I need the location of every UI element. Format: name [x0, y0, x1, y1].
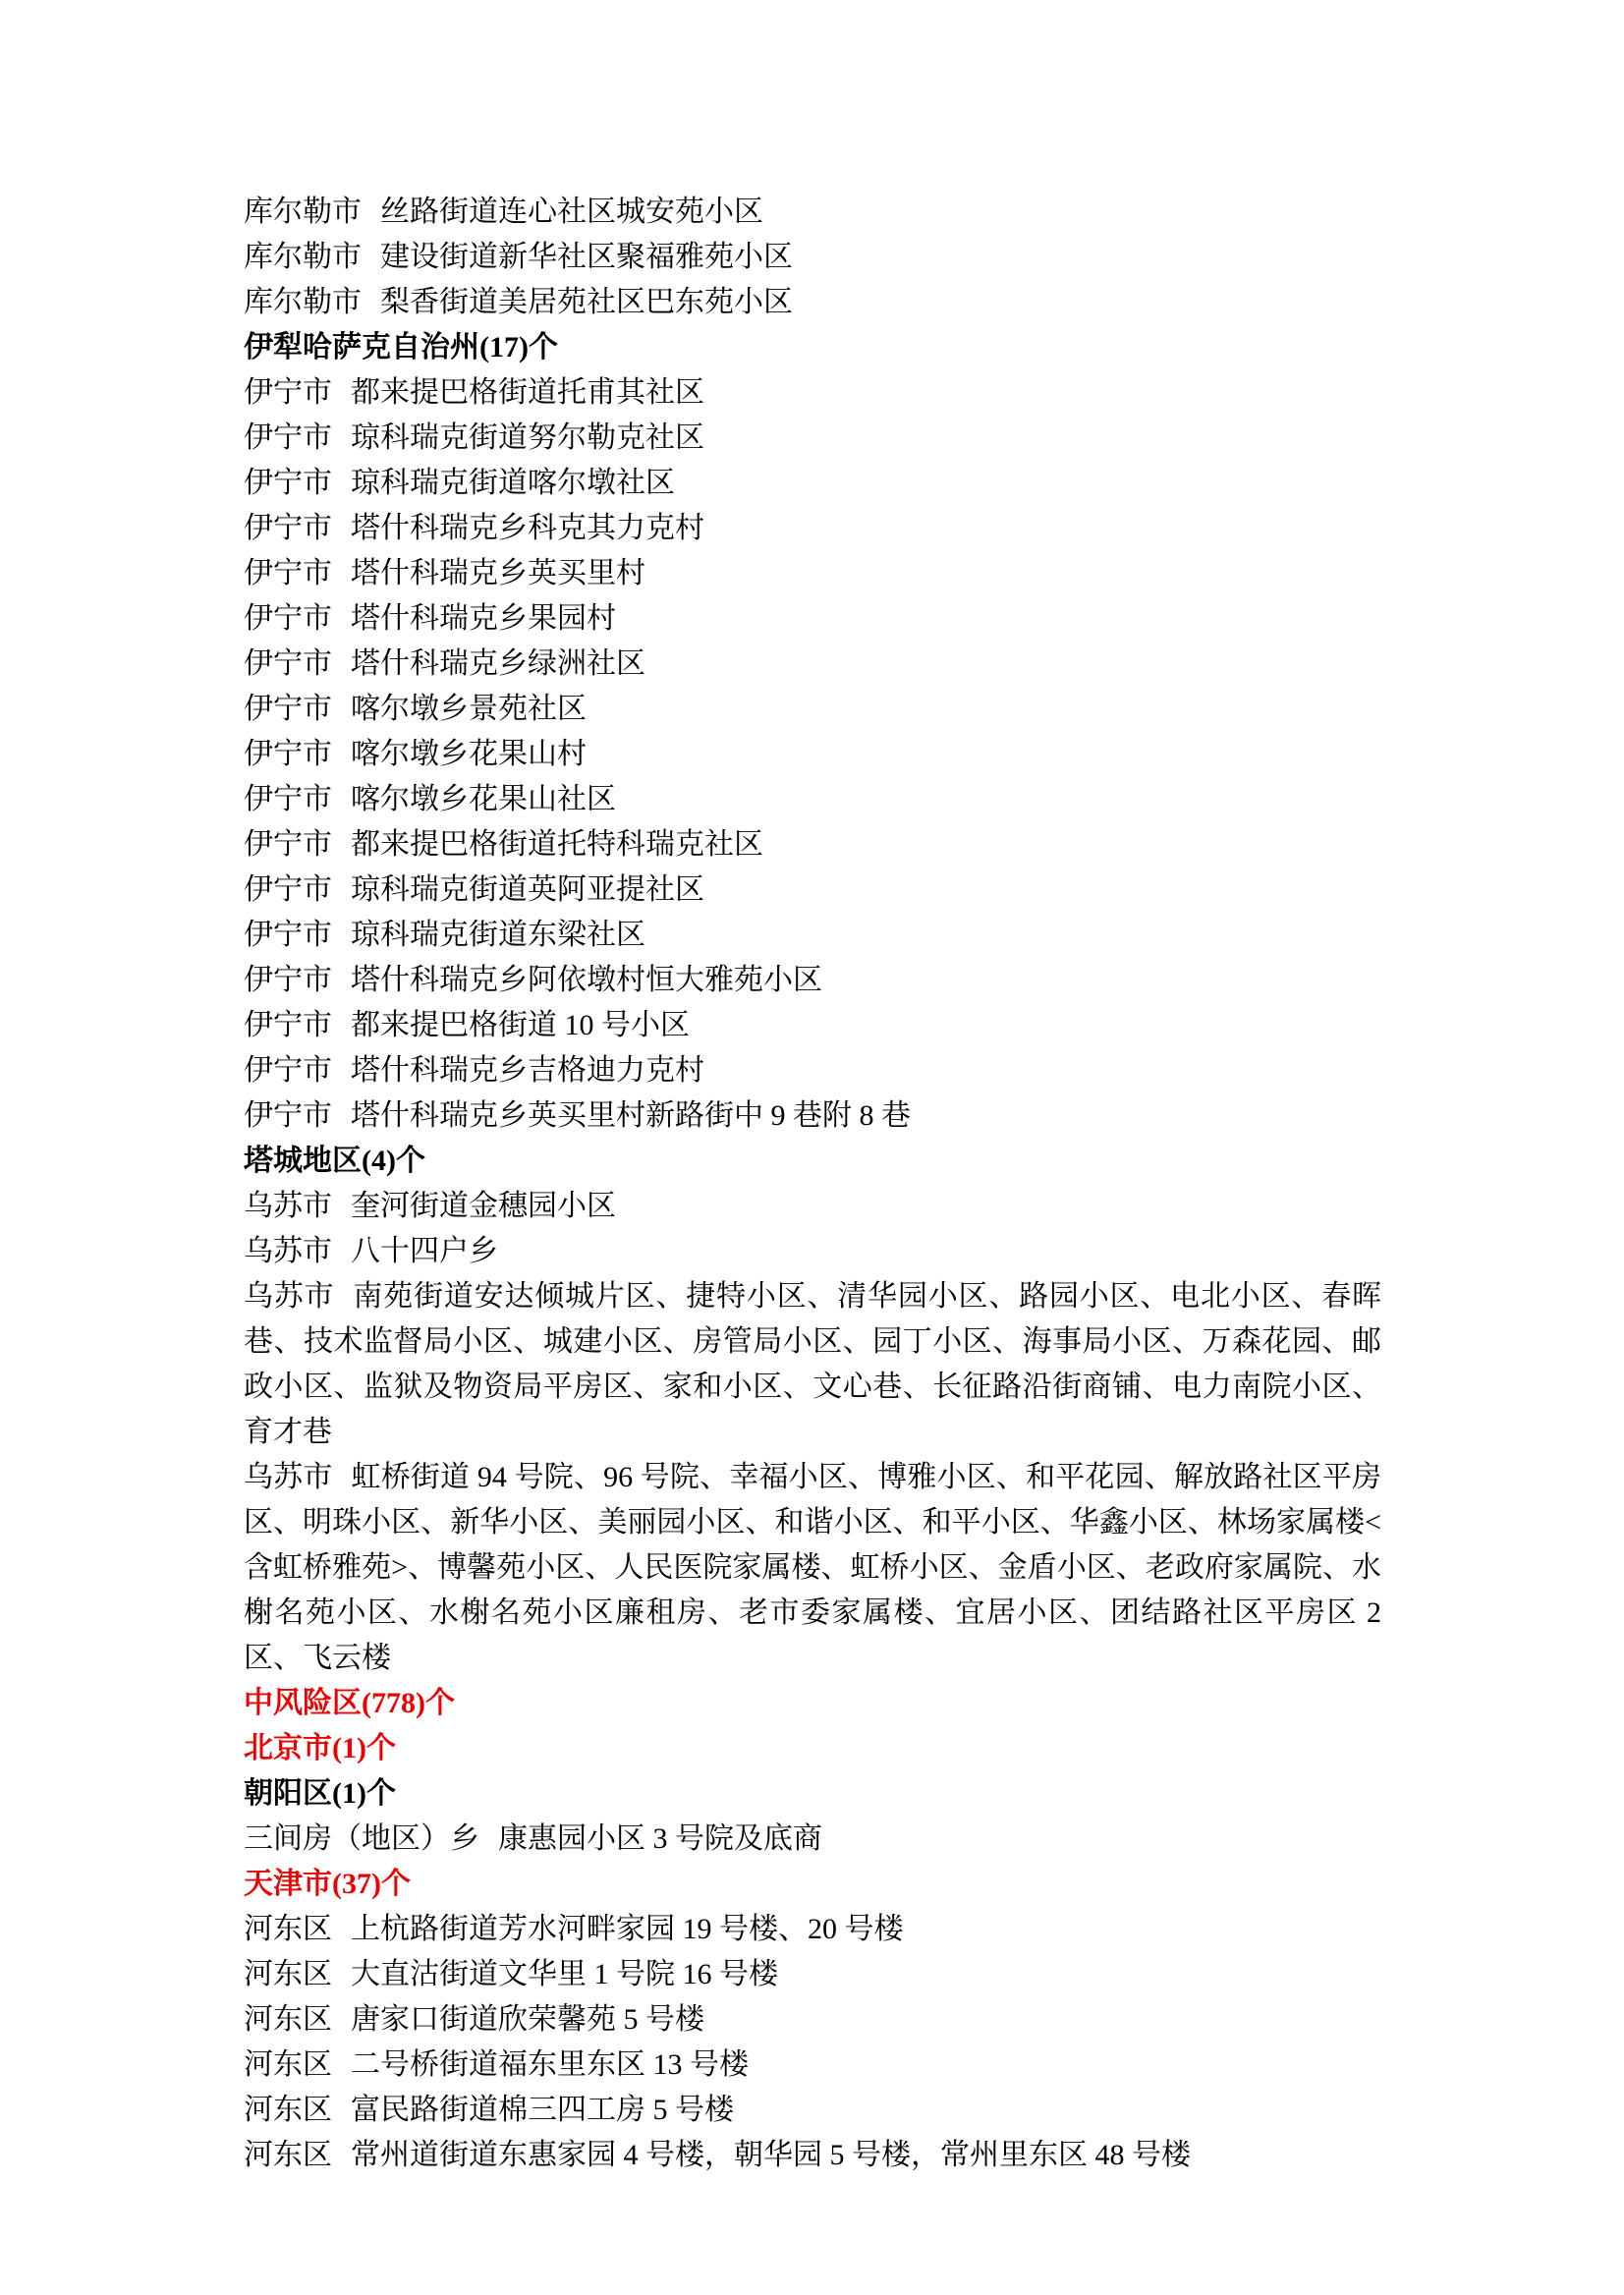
- risk-area-entry: 伊宁市都来提巴格街道托特科瑞克社区: [244, 822, 1381, 868]
- address-text: 建设街道新华社区聚福雅苑小区: [380, 241, 793, 273]
- header-text: 塔城地区(4)个: [244, 1145, 425, 1177]
- address-text: 唐家口街道欣荣馨苑 5 号楼: [351, 2003, 704, 2036]
- risk-area-entry: 伊宁市塔什科瑞克乡科克其力克村: [244, 506, 1381, 551]
- district-name: 伊宁市: [244, 873, 332, 906]
- district-name: 河东区: [244, 2003, 332, 2036]
- risk-level-header: 天津市(37)个: [244, 1862, 1381, 1907]
- risk-area-entry: 乌苏市虹桥街道 94 号院、96 号院、幸福小区、博雅小区、和平花园、解放路社区…: [244, 1455, 1381, 1681]
- region-header: 朝阳区(1)个: [244, 1771, 1381, 1817]
- address-text: 喀尔墩乡花果山社区: [351, 783, 616, 815]
- risk-area-entry: 河东区唐家口街道欣荣馨苑 5 号楼: [244, 1997, 1381, 2043]
- district-name: 伊宁市: [244, 693, 332, 725]
- district-name: 乌苏市: [244, 1190, 332, 1222]
- risk-area-entry: 库尔勒市丝路街道连心社区城安苑小区: [244, 190, 1381, 235]
- address-text: 琼科瑞克街道喀尔墩社区: [351, 467, 675, 499]
- address-text: 塔什科瑞克乡科克其力克村: [351, 512, 704, 544]
- risk-area-entry: 伊宁市喀尔墩乡花果山村: [244, 732, 1381, 777]
- risk-area-entry: 乌苏市八十四户乡: [244, 1229, 1381, 1274]
- district-name: 乌苏市: [244, 1280, 334, 1313]
- header-text: 朝阳区(1)个: [244, 1777, 396, 1810]
- risk-area-entry: 河东区常州道街道东惠家园 4 号楼，朝华园 5 号楼，常州里东区 48 号楼: [244, 2133, 1381, 2178]
- district-name: 三间房（地区）乡: [244, 1822, 479, 1855]
- address-text: 富民路街道棉三四工房 5 号楼: [351, 2094, 734, 2126]
- risk-area-entry: 库尔勒市建设街道新华社区聚福雅苑小区: [244, 235, 1381, 280]
- district-name: 河东区: [244, 2094, 332, 2126]
- document-content: 库尔勒市丝路街道连心社区城安苑小区库尔勒市建设街道新华社区聚福雅苑小区库尔勒市梨…: [244, 190, 1381, 2178]
- risk-area-entry: 伊宁市塔什科瑞克乡果园村: [244, 596, 1381, 642]
- risk-area-entry: 伊宁市喀尔墩乡花果山社区: [244, 777, 1381, 822]
- address-text: 奎河街道金穗园小区: [351, 1190, 616, 1222]
- risk-area-entry: 伊宁市都来提巴格街道托甫其社区: [244, 370, 1381, 416]
- header-text: 中风险区(778)个: [244, 1687, 455, 1719]
- address-text: 琼科瑞克街道英阿亚提社区: [351, 873, 704, 906]
- address-text: 都来提巴格街道托甫其社区: [351, 376, 704, 409]
- risk-area-entry: 伊宁市塔什科瑞克乡英买里村: [244, 551, 1381, 596]
- document-page: { "page": { "background_color": "#ffffff…: [0, 0, 1624, 2295]
- district-name: 伊宁市: [244, 828, 332, 861]
- risk-area-entry: 伊宁市喀尔墩乡景苑社区: [244, 687, 1381, 732]
- risk-area-entry: 乌苏市南苑街道安达倾城片区、捷特小区、清华园小区、路园小区、电北小区、春晖巷、技…: [244, 1274, 1381, 1455]
- district-name: 河东区: [244, 1958, 332, 1990]
- address-text: 南苑街道安达倾城片区、捷特小区、清华园小区、路园小区、电北小区、春晖巷、技术监督…: [244, 1280, 1381, 1448]
- risk-area-entry: 河东区富民路街道棉三四工房 5 号楼: [244, 2088, 1381, 2133]
- district-name: 伊宁市: [244, 602, 332, 635]
- district-name: 伊宁市: [244, 467, 332, 499]
- district-name: 乌苏市: [244, 1235, 332, 1267]
- district-name: 伊宁市: [244, 376, 332, 409]
- risk-area-entry: 伊宁市琼科瑞克街道东梁社区: [244, 913, 1381, 958]
- address-text: 都来提巴格街道托特科瑞克社区: [351, 828, 763, 861]
- risk-area-entry: 伊宁市塔什科瑞克乡阿依墩村恒大雅苑小区: [244, 958, 1381, 1003]
- address-text: 塔什科瑞克乡阿依墩村恒大雅苑小区: [351, 964, 822, 996]
- address-text: 上杭路街道芳水河畔家园 19 号楼、20 号楼: [351, 1913, 904, 1945]
- address-text: 康惠园小区 3 号院及底商: [498, 1822, 822, 1855]
- address-text: 都来提巴格街道 10 号小区: [351, 1009, 690, 1041]
- district-name: 伊宁市: [244, 783, 332, 815]
- region-header: 伊犁哈萨克自治州(17)个: [244, 325, 1381, 370]
- district-name: 伊宁市: [244, 1054, 332, 1087]
- district-name: 伊宁市: [244, 919, 332, 951]
- address-text: 八十四户乡: [351, 1235, 498, 1267]
- risk-area-entry: 伊宁市琼科瑞克街道英阿亚提社区: [244, 868, 1381, 913]
- address-text: 梨香街道美居苑社区巴东苑小区: [380, 286, 793, 318]
- district-name: 伊宁市: [244, 1009, 332, 1041]
- district-name: 库尔勒市: [244, 286, 362, 318]
- header-text: 天津市(37)个: [244, 1868, 411, 1900]
- risk-area-entry: 伊宁市琼科瑞克街道努尔勒克社区: [244, 416, 1381, 461]
- risk-area-entry: 伊宁市都来提巴格街道 10 号小区: [244, 1003, 1381, 1048]
- address-text: 塔什科瑞克乡英买里村新路街中 9 巷附 8 巷: [351, 1099, 911, 1132]
- address-text: 塔什科瑞克乡吉格迪力克村: [351, 1054, 704, 1087]
- address-text: 琼科瑞克街道东梁社区: [351, 919, 645, 951]
- risk-area-entry: 河东区上杭路街道芳水河畔家园 19 号楼、20 号楼: [244, 1907, 1381, 1952]
- risk-area-entry: 伊宁市琼科瑞克街道喀尔墩社区: [244, 461, 1381, 506]
- risk-level-header: 北京市(1)个: [244, 1726, 1381, 1771]
- district-name: 河东区: [244, 1913, 332, 1945]
- address-text: 喀尔墩乡花果山村: [351, 738, 587, 770]
- district-name: 乌苏市: [244, 1461, 333, 1493]
- address-text: 琼科瑞克街道努尔勒克社区: [351, 421, 704, 454]
- risk-area-entry: 伊宁市塔什科瑞克乡英买里村新路街中 9 巷附 8 巷: [244, 1093, 1381, 1139]
- district-name: 河东区: [244, 2139, 332, 2171]
- region-header: 塔城地区(4)个: [244, 1139, 1381, 1184]
- district-name: 库尔勒市: [244, 241, 362, 273]
- district-name: 伊宁市: [244, 512, 332, 544]
- district-name: 库尔勒市: [244, 196, 362, 228]
- header-text: 北京市(1)个: [244, 1732, 396, 1764]
- risk-area-entry: 伊宁市塔什科瑞克乡绿洲社区: [244, 642, 1381, 687]
- address-text: 塔什科瑞克乡英买里村: [351, 557, 645, 589]
- address-text: 常州道街道东惠家园 4 号楼，朝华园 5 号楼，常州里东区 48 号楼: [351, 2139, 1191, 2171]
- address-text: 塔什科瑞克乡果园村: [351, 602, 616, 635]
- district-name: 伊宁市: [244, 964, 332, 996]
- address-text: 喀尔墩乡景苑社区: [351, 693, 587, 725]
- header-text: 伊犁哈萨克自治州(17)个: [244, 331, 558, 364]
- district-name: 河东区: [244, 2048, 332, 2081]
- district-name: 伊宁市: [244, 557, 332, 589]
- risk-area-entry: 伊宁市塔什科瑞克乡吉格迪力克村: [244, 1048, 1381, 1093]
- address-text: 丝路街道连心社区城安苑小区: [380, 196, 763, 228]
- address-text: 塔什科瑞克乡绿洲社区: [351, 647, 645, 680]
- risk-area-entry: 库尔勒市梨香街道美居苑社区巴东苑小区: [244, 280, 1381, 325]
- risk-area-entry: 河东区大直沽街道文华里 1 号院 16 号楼: [244, 1952, 1381, 1997]
- address-text: 二号桥街道福东里东区 13 号楼: [351, 2048, 749, 2081]
- district-name: 伊宁市: [244, 1099, 332, 1132]
- district-name: 伊宁市: [244, 738, 332, 770]
- risk-area-entry: 乌苏市奎河街道金穗园小区: [244, 1184, 1381, 1229]
- address-text: 虹桥街道 94 号院、96 号院、幸福小区、博雅小区、和平花园、解放路社区平房区…: [244, 1461, 1381, 1674]
- risk-area-entry: 河东区二号桥街道福东里东区 13 号楼: [244, 2043, 1381, 2088]
- risk-area-entry: 三间房（地区）乡康惠园小区 3 号院及底商: [244, 1817, 1381, 1862]
- risk-level-header: 中风险区(778)个: [244, 1681, 1381, 1726]
- district-name: 伊宁市: [244, 421, 332, 454]
- district-name: 伊宁市: [244, 647, 332, 680]
- address-text: 大直沽街道文华里 1 号院 16 号楼: [351, 1958, 778, 1990]
